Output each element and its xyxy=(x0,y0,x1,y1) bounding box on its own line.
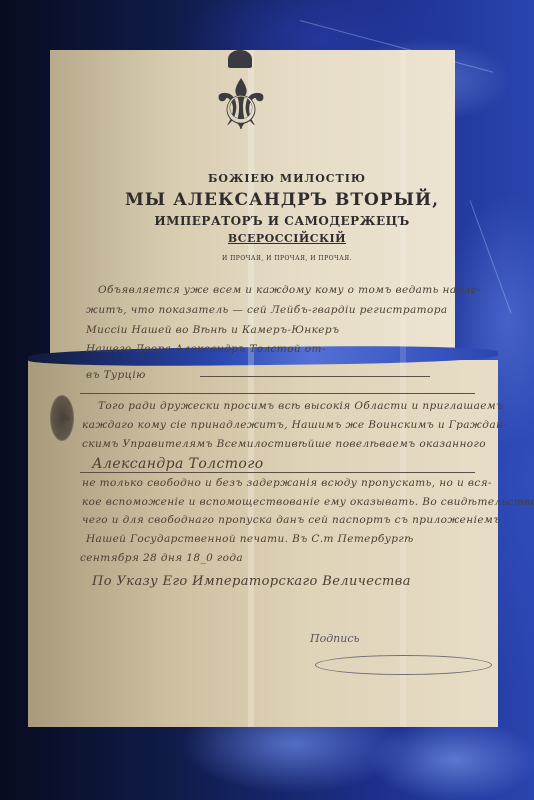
text-line: чего и для свободнаго пропуска данъ сей … xyxy=(82,514,500,526)
number-label: № xyxy=(62,414,71,424)
text-line: Объявляется уже всем и каждому кому о то… xyxy=(98,284,481,296)
header-line-1: БОЖІЕЮ МИЛОСТІЮ xyxy=(20,172,534,185)
header-line-5: И ПРОЧАЯ, И ПРОЧАЯ, И ПРОЧАЯ. xyxy=(20,255,534,262)
name-line: Александра Толстого xyxy=(92,456,264,472)
text-line: скимъ Управителямъ Всемилостивѣйше повел… xyxy=(82,438,486,450)
date-line: сентября 28 дня 18_0 года xyxy=(80,552,243,564)
double-headed-eagle-icon: ⚜ xyxy=(196,55,286,155)
text-line: Нашей Государственной печати. Въ С.т Пет… xyxy=(86,533,414,545)
text-line: въ Турцію xyxy=(86,369,146,381)
header-line-2: МЫ АЛЕКСАНДРЪ ВТОРЫЙ, xyxy=(15,190,534,210)
signature: Подпись xyxy=(310,632,360,645)
text-line: Нашего Двора Александръ Толстой от- xyxy=(86,343,326,355)
text-line: каждаго кому сіе принадлежитъ, Нашимъ же… xyxy=(82,419,507,431)
text-line: Того ради дружески просимъ всѣ высокія О… xyxy=(98,400,503,412)
rule xyxy=(80,472,475,473)
closing-line: По Указу Его Императорскаго Величества xyxy=(92,574,411,589)
signature-flourish xyxy=(315,655,492,675)
fold-line xyxy=(400,50,406,727)
text-line: кое вспоможеніе и вспомоществованіе ему … xyxy=(82,496,534,508)
rule xyxy=(200,376,430,377)
text-line: Миссіи Нашей во Вѣнѣ и Камеръ-Юнкеръ xyxy=(86,324,339,336)
text-line: не только свободно и безъ задержанія всю… xyxy=(82,477,492,489)
text-line: житъ, что показатель — сей Лейбъ-гвардіи… xyxy=(86,304,448,316)
header-line-4: ВСЕРОССІЙСКІЙ xyxy=(20,232,534,245)
header-line-3: ИМПЕРАТОРЪ И САМОДЕРЖЕЦЪ xyxy=(15,214,534,228)
rule xyxy=(80,393,475,394)
